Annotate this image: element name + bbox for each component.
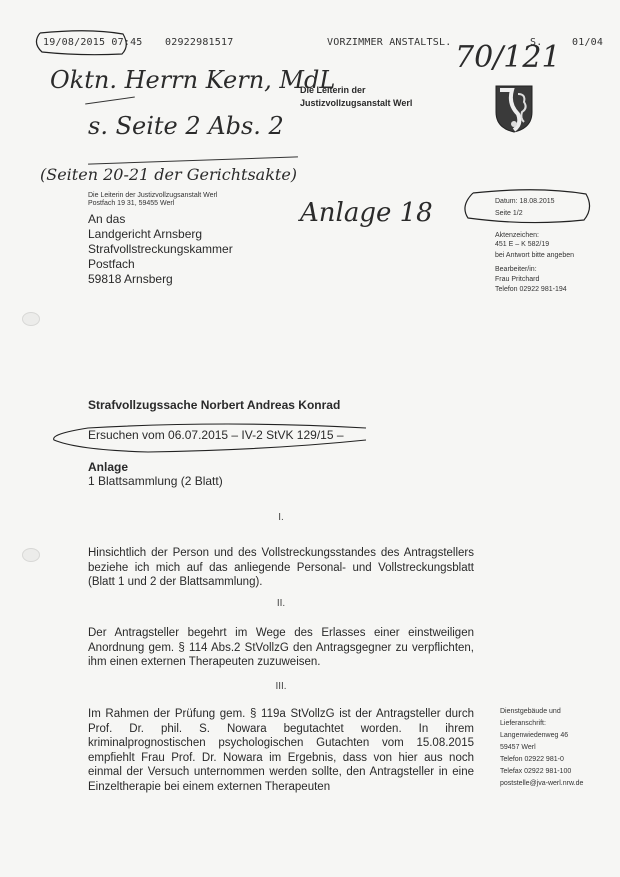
recipient-line: Landgericht Arnsberg	[88, 227, 233, 242]
office-line: 59457 Werl	[500, 742, 583, 754]
section-numeral: I.	[88, 512, 474, 523]
section-text: Im Rahmen der Prüfung gem. § 119a StVoll…	[88, 707, 474, 794]
date-circle	[458, 188, 598, 228]
info-file-note: bei Antwort bitte angeben	[495, 252, 574, 260]
office-line: Telefon 02922 981-0	[500, 754, 583, 766]
underline	[85, 97, 135, 105]
handwritten-page-number: 70/121	[455, 40, 561, 75]
handwritten-note-1: Oktn. Herrn Kern, MdL	[50, 66, 335, 94]
info-page: Seite 1/2	[495, 210, 523, 218]
handwritten-note-3: (Seiten 20-21 der Gerichtsakte)	[40, 165, 297, 184]
attachment: 1 Blattsammlung (2 Blatt)	[88, 474, 223, 488]
handwritten-annex: Anlage 18	[300, 198, 433, 228]
attachment-label: Anlage	[88, 460, 128, 474]
info-clerk-phone: Telefon 02922 981-194	[495, 286, 567, 294]
office-line: Langenwiedenweg 46	[500, 730, 583, 742]
recipient-address: An das Landgericht Arnsberg Strafvollstr…	[88, 212, 233, 287]
section-numeral: III.	[88, 681, 474, 692]
recipient-line: An das	[88, 212, 233, 227]
info-file-label: Aktenzeichen:	[495, 232, 539, 240]
datetime-circle	[30, 28, 130, 58]
info-clerk-label: Bearbeiter/in:	[495, 266, 537, 274]
office-address: Dienstgebäude und Lieferanschrift: Lange…	[500, 706, 583, 790]
section-text: Der Antragsteller begehrt im Wege des Er…	[88, 626, 474, 670]
info-clerk-name: Frau Pritchard	[495, 276, 539, 284]
fax-sender: VORZIMMER ANSTALTSL.	[327, 37, 451, 48]
office-line: Lieferanschrift:	[500, 718, 583, 730]
recipient-line: Strafvollstreckungskammer	[88, 242, 233, 257]
fax-page: 01/04	[572, 37, 603, 48]
punch-hole	[22, 548, 40, 562]
nrw-crest-icon	[494, 84, 534, 134]
office-line: poststelle@jva-werl.nrw.de	[500, 778, 583, 790]
fax-phone: 02922981517	[165, 37, 233, 48]
section-numeral: II.	[88, 598, 474, 609]
subject-title: Strafvollzugssache Norbert Andreas Konra…	[88, 398, 340, 412]
sender-line-2: Postfach 19 31, 59455 Werl	[88, 200, 174, 208]
info-file-number: 451 E – K 582/19	[495, 241, 549, 249]
underline	[88, 156, 298, 164]
punch-hole	[22, 312, 40, 326]
office-line: Telefax 02922 981-100	[500, 766, 583, 778]
letterhead-line1: Die Leiterin der	[300, 85, 366, 95]
letterhead-line2: Justizvollzugsanstalt Werl	[300, 98, 412, 108]
office-line: Dienstgebäude und	[500, 706, 583, 718]
recipient-line: Postfach	[88, 257, 233, 272]
handwritten-note-2: s. Seite 2 Abs. 2	[88, 112, 284, 140]
section-text: Hinsichtlich der Person und des Vollstre…	[88, 546, 474, 590]
recipient-line: 59818 Arnsberg	[88, 272, 233, 287]
reference-circle	[48, 418, 368, 458]
sender-line-1: Die Leiterin der Justizvollzugsanstalt W…	[88, 192, 217, 200]
info-date: Datum: 18.08.2015	[495, 198, 555, 206]
